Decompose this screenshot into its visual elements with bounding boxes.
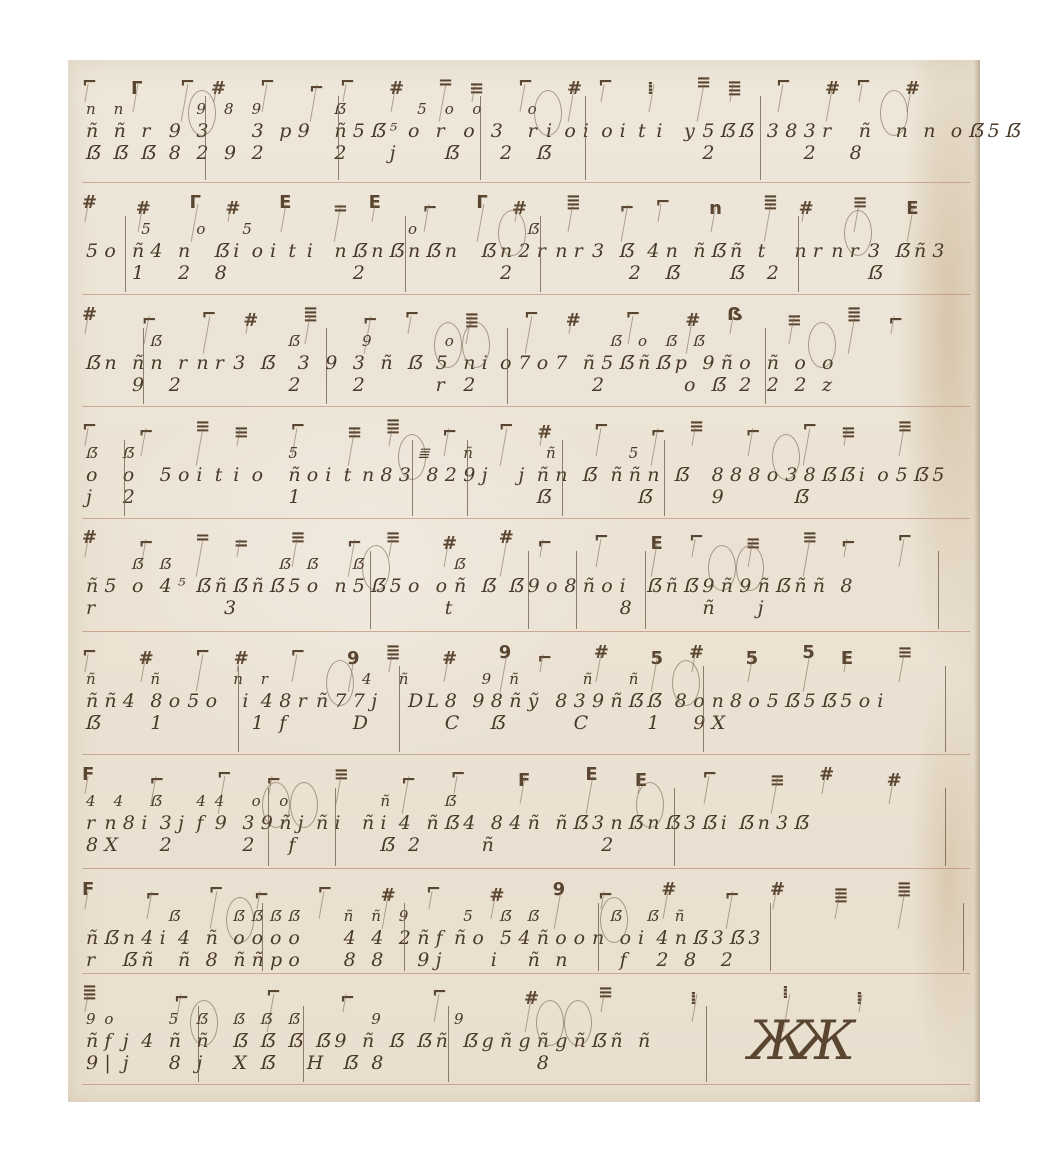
tablature-glyph: n xyxy=(104,812,116,834)
tablature-system-2: ##Γ#E=E⌐Γ#≣⌐⌐n≣#≡E5o5oẞ5oñ4nẞioitinẞnẞnẞ… xyxy=(68,188,980,298)
rhythm-sign: ⌐ xyxy=(841,535,855,553)
rhythm-sign: ⌐ xyxy=(422,200,436,218)
tablature-glyph: 2 xyxy=(463,374,475,396)
tablature-glyph: i xyxy=(270,240,276,262)
tablature-glyph: ẞ xyxy=(914,464,930,486)
rhythm-sign: ⌐ xyxy=(82,644,96,662)
ruled-line xyxy=(82,518,970,519)
tablature-glyph: o xyxy=(472,927,483,949)
rhythm-sign: # xyxy=(770,881,784,899)
tablature-glyph: 4 xyxy=(160,575,172,597)
tablature-glyph: 2 xyxy=(178,262,190,284)
tablature-glyph: n xyxy=(712,690,724,712)
tie-ring xyxy=(190,1000,218,1046)
tablature-glyph: t xyxy=(638,120,646,142)
rhythm-sign: ⌐ xyxy=(776,74,790,92)
tablature-glyph: ẞ xyxy=(712,374,728,396)
tablature-glyph: ẞ xyxy=(86,712,102,734)
tablature-glyph: i xyxy=(141,812,147,834)
tablature-glyph: ẞ xyxy=(261,352,277,374)
tablature-glyph: ẞ xyxy=(693,330,705,352)
tablature-glyph: 9 xyxy=(298,120,310,142)
tablature-glyph: 3 xyxy=(767,120,779,142)
tablature-row-3: 9|j8jXẞHẞ88 xyxy=(68,1052,980,1076)
tablature-glyph: i xyxy=(307,240,313,262)
tablature-glyph: 5 xyxy=(187,690,199,712)
tablature-glyph: 4 xyxy=(141,927,153,949)
tablature-glyph: n xyxy=(794,240,806,262)
tablature-glyph: 9 xyxy=(454,1008,464,1030)
tablature-glyph: C xyxy=(445,712,460,734)
tablature-glyph: ẞ xyxy=(288,905,300,927)
tablature-glyph: o xyxy=(537,352,548,374)
tie-ring xyxy=(808,322,836,368)
tablature-glyph: 8 xyxy=(371,1052,383,1074)
tablature-glyph: 9 xyxy=(482,668,492,690)
tablature-glyph: i xyxy=(620,120,626,142)
tie-ring xyxy=(534,90,562,136)
tablature-glyph: ñ xyxy=(914,240,926,262)
tie-ring xyxy=(708,545,736,591)
rhythm-sign: ⌐ xyxy=(442,424,456,442)
tablature-glyph: 9 xyxy=(371,1008,381,1030)
tablature-glyph: ñ xyxy=(344,905,354,927)
tablature-glyph: o xyxy=(252,464,263,486)
barline xyxy=(405,216,406,292)
tablature-glyph: o xyxy=(86,464,97,486)
ruled-line xyxy=(82,182,970,183)
tablature-glyph: ẞ xyxy=(132,553,144,575)
tablature-glyph: 3 xyxy=(684,812,696,834)
tablature-glyph: ñ xyxy=(288,464,300,486)
manuscript-page: ⌐Γ⌐#⌐⌐⌐#=≡⌐#⌐⁞≡≣⌐#⌐#nn989ẞ5oooññr933p9ñ5… xyxy=(68,60,980,1102)
tablature-glyph: ñ xyxy=(417,927,429,949)
tablature-glyph: 2 xyxy=(794,374,806,396)
rhythm-sign: # xyxy=(537,424,551,442)
tablature-glyph: ẞ xyxy=(675,464,691,486)
tablature-glyph: o xyxy=(408,575,419,597)
barline xyxy=(945,788,946,866)
tablature-glyph: ẞ xyxy=(730,927,746,949)
tablature-glyph: 3 xyxy=(298,352,310,374)
tablature-glyph: D xyxy=(353,712,368,734)
tablature-glyph: ñ xyxy=(371,905,381,927)
tablature-glyph: 5 xyxy=(242,218,252,240)
tablature-glyph: 2 xyxy=(592,374,604,396)
tablature-glyph: j xyxy=(123,1052,129,1074)
tablature-glyph: n xyxy=(555,949,567,971)
tablature-glyph: r xyxy=(537,240,546,262)
tablature-glyph: ẞ xyxy=(785,690,801,712)
rhythm-sign: # xyxy=(234,650,248,668)
tablature-system-6: ⌐#⌐#⌐9≣#9⌐#5#55E≡ññnr4ñ9ñññññ48o5oi48rñ7… xyxy=(68,638,980,758)
rhythm-sign: ⌐ xyxy=(594,418,608,436)
tablature-glyph: g xyxy=(482,1030,494,1052)
tablature-glyph: j xyxy=(371,690,377,712)
rhythm-sign: = xyxy=(234,535,248,553)
rhythm-sign: ⁞ xyxy=(782,984,788,1002)
tablature-glyph: 5 xyxy=(601,352,613,374)
rhythm-sign: ⌐ xyxy=(82,74,96,92)
tablature-row-2: oo5oitioñoitn83829jjñnẞññnẞ888o38ẞẞio5ẞ5 xyxy=(68,464,980,488)
rhythm-sign: ⌐ xyxy=(702,766,716,784)
tablature-glyph: 5 xyxy=(390,575,402,597)
tablature-glyph: 8 xyxy=(537,1052,549,1074)
tablature-glyph: ẞ xyxy=(822,464,838,486)
tablature-glyph: ẞ xyxy=(712,240,728,262)
rhythm-sign: ⌐ xyxy=(626,306,640,324)
tablature-glyph: 4 xyxy=(196,790,206,812)
tablature-glyph: ñ xyxy=(638,1030,650,1052)
tablature-glyph: 2 xyxy=(353,374,365,396)
rhythm-sign: # xyxy=(799,200,813,218)
tablature-glyph: ẞ xyxy=(408,352,424,374)
tablature-glyph: n xyxy=(334,575,346,597)
tablature-glyph: 7 xyxy=(518,352,530,374)
tablature-glyph: o xyxy=(877,464,888,486)
tablature-glyph: 2 xyxy=(767,262,779,284)
tablature-glyph: ẞ xyxy=(840,464,856,486)
tablature-glyph: 5 xyxy=(104,575,116,597)
tablature-glyph: r xyxy=(822,120,831,142)
tie-ring xyxy=(434,322,462,368)
rhythm-sign: # xyxy=(819,766,833,784)
tablature-glyph: i xyxy=(233,464,239,486)
tablature-glyph: n xyxy=(371,240,383,262)
tablature-glyph: 4 xyxy=(344,927,356,949)
barline xyxy=(262,903,263,971)
rhythm-sign: ⌐ xyxy=(139,535,153,553)
tablature-glyph: ẞ xyxy=(114,142,130,164)
tablature-glyph: 3 xyxy=(574,690,586,712)
tablature-row-1: 44ẞ44ooñẞ xyxy=(68,790,980,814)
tablature-glyph: ñ xyxy=(583,352,595,374)
tablature-glyph: 3 xyxy=(804,120,816,142)
tablature-row-2: ñ5o4⁵ẞñẞñẞ5on5ẞ5ooñẞẞ9o8ñoiẞñẞ9ñ9ñẞññ8 xyxy=(68,575,980,599)
tablature-glyph: C xyxy=(574,712,589,734)
tablature-glyph: ẞ xyxy=(647,690,663,712)
tablature-glyph: n xyxy=(408,240,420,262)
rhythm-sign: # xyxy=(211,80,225,98)
tablature-glyph: r xyxy=(436,120,445,142)
tablature-glyph: j xyxy=(123,1030,129,1052)
tablature-glyph: X xyxy=(104,834,118,856)
tablature-glyph: 8 xyxy=(169,142,181,164)
tablature-glyph: r xyxy=(86,812,95,834)
tablature-glyph: f xyxy=(288,834,295,856)
tablature-glyph: 2 xyxy=(169,374,181,396)
tablature-glyph: n xyxy=(647,464,659,486)
rhythm-sign: ⌐ xyxy=(856,74,870,92)
tablature-glyph: ñ xyxy=(555,812,567,834)
tablature-glyph: ẞ xyxy=(196,575,212,597)
rhythm-sign: ẞ xyxy=(727,306,742,324)
tie-ring xyxy=(772,434,800,480)
tablature-glyph: ẞ xyxy=(896,240,912,262)
tablature-glyph: ẞ xyxy=(261,1008,273,1030)
tablature-glyph: ñ xyxy=(583,575,595,597)
tablature-glyph: n xyxy=(123,927,135,949)
tie-ring xyxy=(564,1000,592,1046)
tablature-glyph: ẞ xyxy=(1006,120,1022,142)
tablature-glyph: 4 xyxy=(362,668,372,690)
tablature-glyph: ñ xyxy=(537,927,549,949)
tablature-glyph: 5 xyxy=(767,690,779,712)
tablature-glyph: o xyxy=(951,120,962,142)
tablature-glyph: o xyxy=(132,575,143,597)
barline xyxy=(540,216,541,292)
tablature-glyph: o xyxy=(684,374,695,396)
tablature-glyph: 3 xyxy=(592,240,604,262)
tie-ring xyxy=(362,545,390,591)
tablature-glyph: 8 xyxy=(169,1052,181,1074)
tablature-glyph: 8 xyxy=(445,690,457,712)
tablature-glyph: n xyxy=(675,927,687,949)
rhythm-sign: ⌐ xyxy=(432,984,446,1002)
tablature-glyph: ẞ xyxy=(86,142,102,164)
tablature-glyph: ẞ xyxy=(307,553,319,575)
tablature-glyph: ñ xyxy=(454,575,466,597)
tablature-row-1: ẞẞẞẞẞẞ xyxy=(68,553,980,577)
rhythm-sign: ≡ xyxy=(598,984,612,1002)
rhythm-sign: ⌐ xyxy=(897,529,911,547)
tablature-glyph: 9 xyxy=(712,486,724,508)
rhythm-sign: # xyxy=(442,650,456,668)
tablature-glyph: 8 xyxy=(371,949,383,971)
tablature-glyph: 4 xyxy=(647,240,659,262)
tablature-glyph: f xyxy=(104,1030,111,1052)
tablature-glyph: ẞ xyxy=(693,927,709,949)
barline xyxy=(507,328,508,404)
rhythm-sign: ⌐ xyxy=(655,194,669,212)
tablature-glyph: p xyxy=(279,120,291,142)
tablature-glyph: ẞ xyxy=(233,1008,245,1030)
tablature-row-1: ẞẞ9oẞoẞẞ xyxy=(68,330,980,354)
tablature-glyph: ẞ xyxy=(620,352,636,374)
tablature-glyph: o xyxy=(169,690,180,712)
barline xyxy=(303,1006,304,1082)
tablature-glyph: i xyxy=(877,690,883,712)
tablature-glyph: o xyxy=(288,949,299,971)
tie-ring xyxy=(880,90,908,136)
tablature-glyph: y xyxy=(684,120,695,142)
tablature-glyph: ñ xyxy=(537,464,549,486)
tie-ring xyxy=(326,660,354,706)
tablature-glyph: ñ xyxy=(104,690,116,712)
tablature-glyph: ñ xyxy=(316,812,328,834)
tablature-glyph: ẞ xyxy=(794,486,810,508)
tablature-glyph: ñ xyxy=(610,1030,622,1052)
tablature-glyph: ẞ xyxy=(288,1008,300,1030)
tablature-glyph: ñ xyxy=(334,120,346,142)
tablature-system-9: ≣⌐⌐⌐⌐#≡⁞⁞⁞9o5ẞẞẞẞ99ñfj4ññẞẞẞẞ9ñẞẞñẞgñgñg… xyxy=(68,978,980,1088)
tablature-glyph: 5 xyxy=(463,905,473,927)
tablature-glyph: ẞ xyxy=(169,905,181,927)
tablature-glyph: 9 xyxy=(169,120,181,142)
tablature-glyph: 3 xyxy=(224,597,236,619)
rhythm-sign: # xyxy=(489,887,503,905)
tablature-glyph: r xyxy=(178,352,187,374)
tablature-glyph: 8 xyxy=(344,949,356,971)
tablature-glyph: t xyxy=(288,240,296,262)
tablature-glyph: ñ xyxy=(629,668,639,690)
tablature-glyph: ỹ xyxy=(528,690,539,712)
tablature-glyph: 2 xyxy=(252,142,264,164)
tablature-glyph: 8 xyxy=(491,690,503,712)
rhythm-sign: ⌐ xyxy=(650,424,664,442)
rhythm-sign: ≡ xyxy=(841,424,855,442)
tablature-glyph: i xyxy=(491,949,497,971)
rhythm-sign: ⌐ xyxy=(340,990,354,1008)
tablature-glyph: ẞ xyxy=(380,834,396,856)
tablature-glyph: n xyxy=(445,240,457,262)
tablature-row-3: ẞ11fDCẞC19X xyxy=(68,712,980,736)
tablature-glyph: ñ xyxy=(86,927,98,949)
rhythm-sign: # xyxy=(689,644,703,662)
ruled-line xyxy=(82,1084,970,1085)
tablature-glyph: ñ xyxy=(500,1030,512,1052)
tablature-glyph: o xyxy=(546,575,557,597)
tablature-glyph: 9 xyxy=(252,98,262,120)
tablature-glyph: ẞ xyxy=(445,142,461,164)
tablature-glyph: 9 xyxy=(215,812,227,834)
tablature-glyph: 8 xyxy=(564,575,576,597)
tablature-glyph: ñ xyxy=(252,575,264,597)
tablature-glyph: 4 xyxy=(150,240,162,262)
tablature-glyph: 9 xyxy=(472,690,484,712)
tablature-glyph: ñ xyxy=(509,690,521,712)
tablature-glyph: ẞ xyxy=(86,442,98,464)
tablature-glyph: ẞ xyxy=(141,142,157,164)
tablature-glyph: i xyxy=(620,575,626,597)
tablature-glyph: 8 xyxy=(150,690,162,712)
tablature-glyph: o xyxy=(794,352,805,374)
tablature-glyph: ẞ xyxy=(270,575,286,597)
tablature-glyph: n xyxy=(114,98,124,120)
tablature-glyph: ẞ xyxy=(730,262,746,284)
tablature-glyph: o xyxy=(574,927,585,949)
tablature-glyph: n xyxy=(610,812,622,834)
rhythm-sign: ⌐ xyxy=(82,418,96,436)
rhythm-sign: ⌐ xyxy=(290,418,304,436)
tablature-system-7: F⌐⌐⌐≡⌐⌐FEE⌐≡##44ẞ44ooñẞrn8i3jf939ñjñiñi4… xyxy=(68,760,980,872)
rhythm-sign: ≣ xyxy=(566,194,580,212)
tablature-glyph: 8 xyxy=(426,464,438,486)
tablature-glyph: g xyxy=(518,1030,530,1052)
tablature-glyph: 8 xyxy=(730,690,742,712)
tablature-glyph: ẞ xyxy=(482,575,498,597)
tablature-glyph: ñ xyxy=(426,812,438,834)
tie-ring xyxy=(226,897,254,943)
tablature-glyph: o xyxy=(463,120,474,142)
tablature-glyph: f xyxy=(196,812,203,834)
ruled-line xyxy=(82,868,970,869)
tablature-glyph: ẞ xyxy=(261,1052,277,1074)
tablature-glyph: ẞ xyxy=(160,553,172,575)
tablature-glyph: 9 xyxy=(702,352,714,374)
rhythm-sign: ⌐ xyxy=(149,772,163,790)
rhythm-sign: ≣ xyxy=(303,306,317,324)
tablature-glyph: 4 xyxy=(261,690,273,712)
rhythm-sign: ≡ xyxy=(386,529,400,547)
barline xyxy=(335,788,336,866)
tablature-glyph: ẞ xyxy=(868,262,884,284)
tablature-glyph: 9 xyxy=(334,1030,346,1052)
tablature-glyph: 8 xyxy=(206,949,218,971)
barline xyxy=(585,96,586,180)
rhythm-sign: ⌐ xyxy=(290,644,304,662)
rhythm-sign: ⌐ xyxy=(340,74,354,92)
ruled-line xyxy=(82,631,970,632)
tablature-glyph: 4 xyxy=(114,790,124,812)
barline xyxy=(562,440,563,516)
tablature-glyph: o xyxy=(178,464,189,486)
barline xyxy=(467,440,468,516)
tablature-glyph: ñ xyxy=(454,927,466,949)
rhythm-sign: # xyxy=(82,306,96,324)
barline xyxy=(770,903,771,971)
ruled-line xyxy=(82,294,970,295)
tablature-glyph: ñ xyxy=(675,905,685,927)
tablature-glyph: o xyxy=(859,690,870,712)
tie-ring xyxy=(262,782,290,828)
tablature-glyph: 5 xyxy=(988,120,1000,142)
tablature-glyph: ñ xyxy=(463,442,473,464)
tablature-glyph: o xyxy=(270,927,281,949)
tablature-glyph: ñ xyxy=(610,464,622,486)
tablature-glyph: j xyxy=(482,464,488,486)
tablature-glyph: 8 xyxy=(555,690,567,712)
tablature-glyph: ñ xyxy=(509,668,519,690)
tablature-row-3: rẞññ8ññpo889jiñnf282 xyxy=(68,949,980,973)
tablature-glyph: ẞ xyxy=(666,262,682,284)
tablature-glyph: 2 xyxy=(408,834,420,856)
tablature-glyph: o xyxy=(206,690,217,712)
tablature-glyph: 2 xyxy=(288,374,300,396)
tablature-row-2: ñẞn4i4ñoooo442ñfño54ñoonoi4nẞ3ẞ3 xyxy=(68,927,980,951)
rhythm-sign: ≡ xyxy=(290,529,304,547)
barline xyxy=(598,903,599,971)
tablature-glyph: ñ xyxy=(380,790,390,812)
tablature-glyph: ñ xyxy=(150,668,160,690)
tablature-glyph: o xyxy=(104,240,115,262)
tablature-glyph: o xyxy=(307,464,318,486)
tablature-glyph: 4 xyxy=(463,812,475,834)
tablature-glyph: r xyxy=(86,597,95,619)
rhythm-sign: ≡ xyxy=(897,418,911,436)
tablature-glyph: ẞ xyxy=(969,120,985,142)
tablature-glyph: 3 xyxy=(242,812,254,834)
tablature-glyph: i xyxy=(638,927,644,949)
tablature-glyph: 2 xyxy=(196,142,208,164)
tablature-glyph: ẞ xyxy=(647,905,659,927)
tablature-glyph: 4 xyxy=(371,927,383,949)
tablature-glyph: 3 xyxy=(748,927,760,949)
barline xyxy=(938,551,939,629)
tablature-glyph: 5 xyxy=(288,575,300,597)
tablature-row-3: 128222ẞẞ2ẞ xyxy=(68,262,980,286)
tablature-glyph: n xyxy=(86,98,96,120)
tablature-glyph: ẞ xyxy=(454,553,466,575)
tablature-glyph: r xyxy=(261,668,268,690)
tie-ring xyxy=(844,210,872,256)
tablature-glyph: j xyxy=(436,949,442,971)
tablature-glyph: ẞ xyxy=(620,240,636,262)
rhythm-sign: # xyxy=(136,200,150,218)
tablature-glyph: j xyxy=(86,486,92,508)
tablature-glyph: ẞ xyxy=(261,1030,277,1052)
tablature-row-3: 9222r22oẞ222z xyxy=(68,374,980,398)
